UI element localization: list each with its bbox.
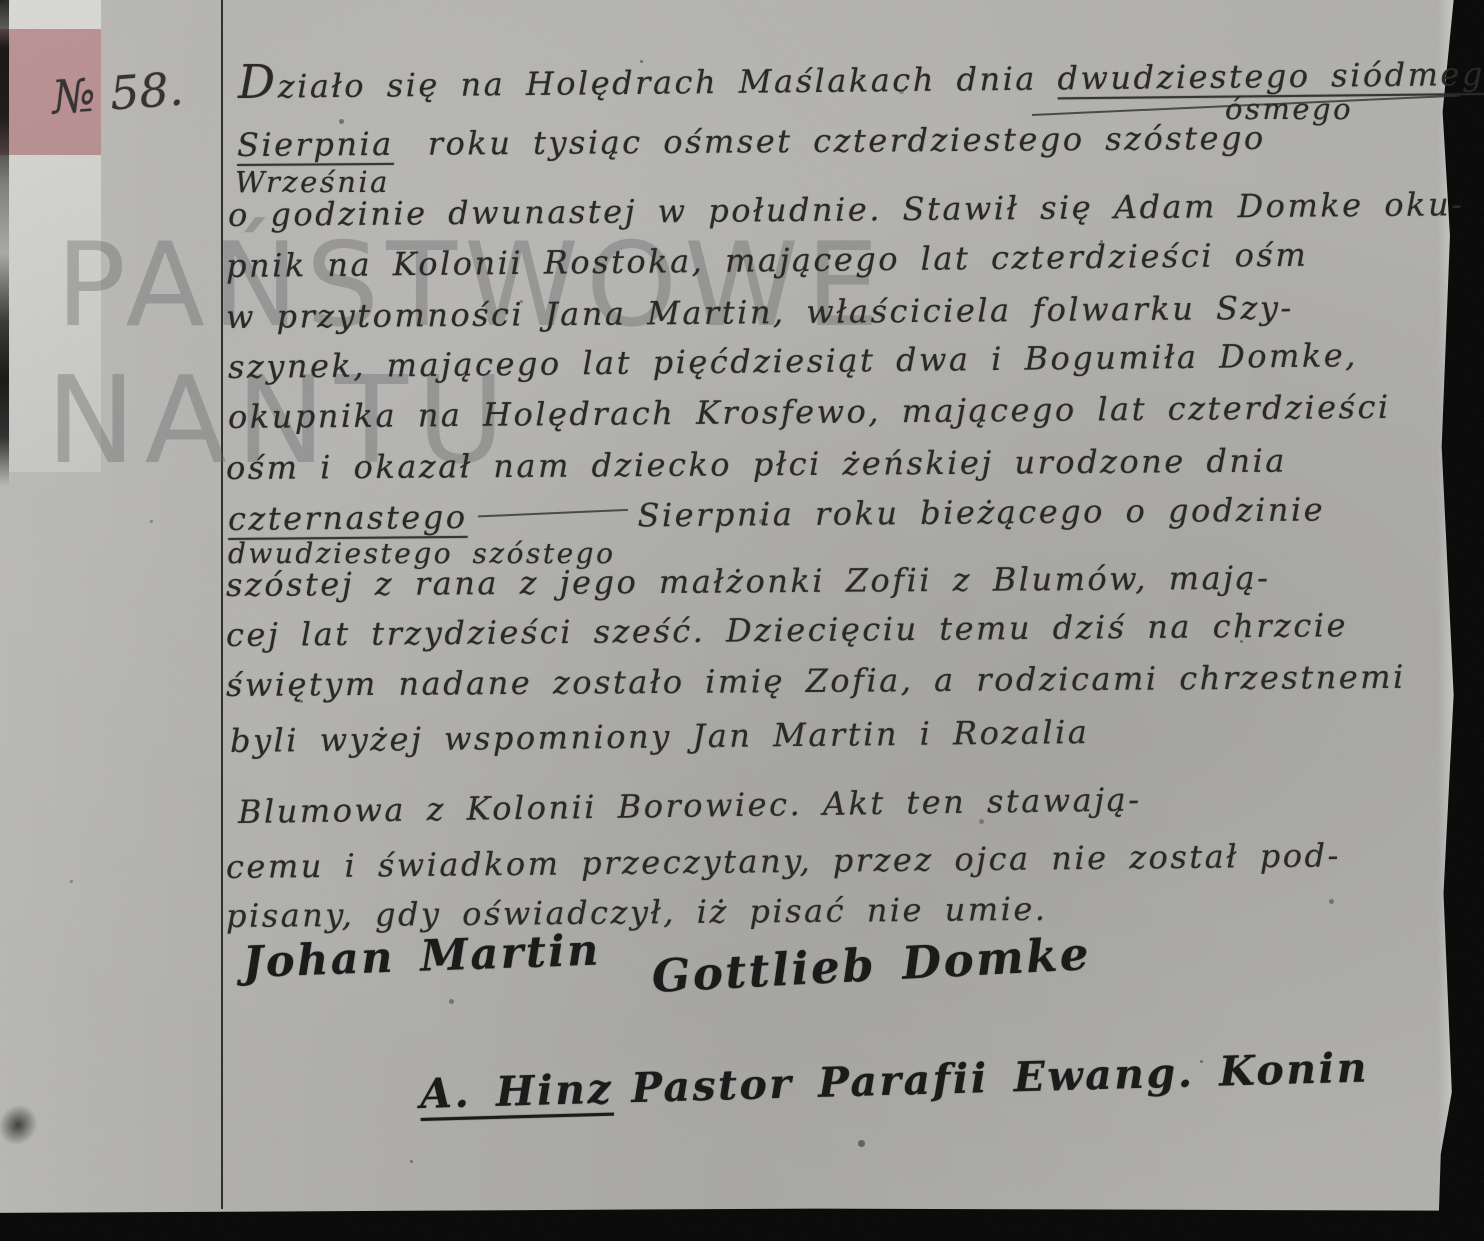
record-text-line-14: Blumowa z Kolonii Borowiec. Akt ten staw… <box>238 780 1142 831</box>
pastor-title: Pastor Parafii Ewang. Konin <box>631 1044 1370 1113</box>
ink-smudge <box>0 1086 56 1163</box>
record-text-line-16: pisany, gdy oświadczył, iż pisać nie umi… <box>226 890 1048 935</box>
record-text-line-15: cemu i świadkom przeczytany, przez ojca … <box>226 836 1341 886</box>
record-text-line-2: Sierpniaroku tysiąc ośmset czterdziesteg… <box>237 119 1266 164</box>
record-text-line-3: o godzinie dwunastej w południe. Stawił … <box>228 185 1465 234</box>
signature-pastor: A. HinzPastor Parafii Ewang. Konin <box>419 1044 1369 1118</box>
struck-birth-day: czternastego <box>228 498 468 538</box>
line1-text: Działo się na Holędrach Maślakach dnia <box>238 59 1058 106</box>
scanned-register-page: PAŃSTWOWE NANTU № 58. Działo się na Holę… <box>0 0 1484 1241</box>
page-border-bottom <box>0 1205 1484 1241</box>
signature-witness-gottlieb-domke: Gottlieb Domke <box>651 927 1093 1003</box>
record-text-line-10: szóstej z rana z jego małżonki Zofii z B… <box>226 559 1271 604</box>
struck-date-day: dwudziestego siódmego <box>1057 55 1484 98</box>
record-text-line-12: świętym nadane zostało imię Zofia, a rod… <box>226 658 1406 704</box>
record-text-line-9: czternastegoSierpnia roku bieżącego o go… <box>228 490 1325 538</box>
line2-text: roku tysiąc ośmset czterdziestego szóste… <box>428 119 1266 163</box>
record-number-label: № 58. <box>50 61 185 124</box>
signature-witness-johan-martin: Johan Martin <box>242 926 601 988</box>
record-text-line-8: ośm i okazał nam dziecko płci żeńskiej u… <box>226 442 1287 487</box>
paper-specks <box>0 0 3 3</box>
pastor-name: A. Hinz <box>419 1065 614 1118</box>
record-text-line-5: w przytomności Jana Martin, właściciela … <box>226 289 1294 336</box>
strike-extension-line-9 <box>478 508 628 517</box>
record-text-line-11: cej lat trzydzieści sześć. Dziecięciu te… <box>226 606 1348 654</box>
struck-month: Sierpnia <box>237 125 394 164</box>
line9-text: Sierpnia roku bieżącego o godzinie <box>637 490 1325 534</box>
margin-rule-line <box>221 0 223 1209</box>
record-text-line-13: byli wyżej wspomniony Jan Martin i Rozal… <box>230 713 1090 760</box>
